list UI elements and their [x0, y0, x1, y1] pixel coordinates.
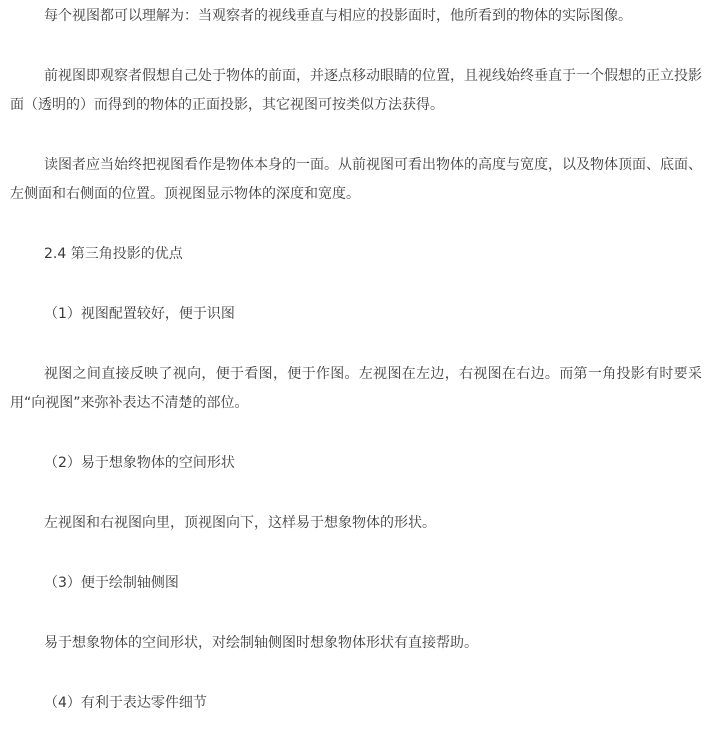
- advantage-item-3: （3）便于绘制轴侧图: [10, 569, 702, 598]
- section-heading-2-4: 2.4 第三角投影的优点: [10, 240, 702, 269]
- advantage-item-1: （1）视图配置较好，便于识图: [10, 300, 702, 329]
- body-paragraph-imagine-shape: 左视图和右视图向里，顶视图向下，这样易于想象物体的形状。: [10, 509, 702, 538]
- document-page: 每个视图都可以理解为：当观察者的视线垂直与相应的投影面时，他所看到的物体的实际图…: [0, 0, 717, 741]
- body-paragraph-reading-views: 读图者应当始终把视图看作是物体本身的一面。从前视图可看出物体的高度与宽度，以及物…: [10, 151, 702, 209]
- advantage-item-2: （2）易于想象物体的空间形状: [10, 449, 702, 478]
- body-paragraph-view-definition: 每个视图都可以理解为：当观察者的视线垂直与相应的投影面时，他所看到的物体的实际图…: [10, 2, 702, 31]
- body-paragraph-axonometric-help: 易于想象物体的空间形状，对绘制轴侧图时想象物体形状有直接帮助。: [10, 629, 702, 658]
- advantage-item-4: （4）有利于表达零件细节: [10, 689, 702, 718]
- body-paragraph-view-direction: 视图之间直接反映了视向，便于看图，便于作图。左视图在左边，右视图在右边。而第一角…: [10, 360, 702, 418]
- document-text-area: 每个视图都可以理解为：当观察者的视线垂直与相应的投影面时，他所看到的物体的实际图…: [0, 0, 717, 741]
- body-paragraph-front-view: 前视图即观察者假想自己处于物体的前面，并逐点移动眼睛的位置，且视线始终垂直于一个…: [10, 62, 702, 120]
